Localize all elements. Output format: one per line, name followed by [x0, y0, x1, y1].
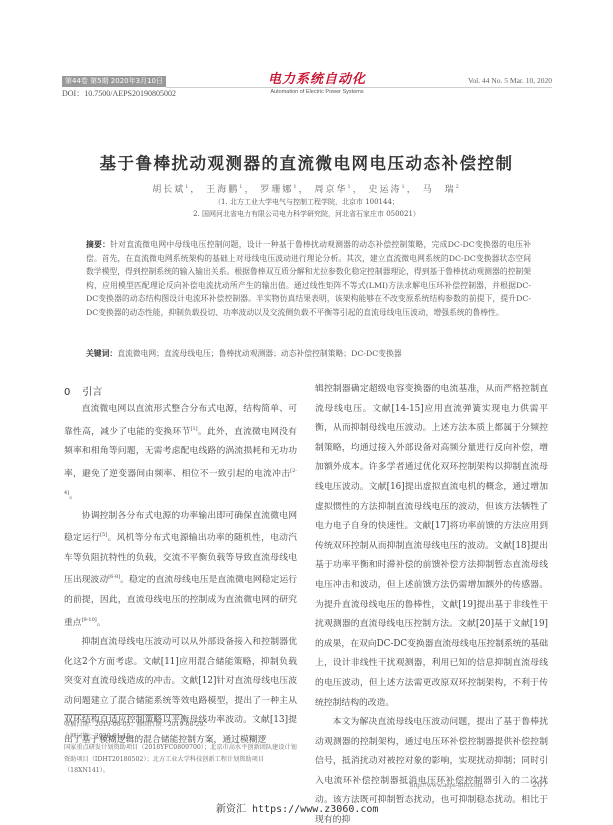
left-column: 直流微电网以直流形式整合分布式电源，结构简单、可靠性高，减少了电能的变换环节[1…: [64, 400, 297, 751]
citation: [1]: [191, 426, 198, 432]
abstract-label: 摘要：: [86, 240, 110, 249]
section-heading: 0引言: [64, 383, 102, 398]
volume-info: Vol. 44 No. 5 Mar. 10, 2020: [468, 76, 552, 85]
keywords-text: 直流微电网；直流母线电压；鲁棒扰动观测器；动态补偿控制策略；DC-DC变换器: [117, 349, 401, 358]
journal-url[interactable]: http://www.aeps-info.com: [410, 781, 483, 789]
affiliation-mark: 1: [402, 184, 407, 190]
paragraph-text: 。: [97, 617, 106, 627]
funding-info: 国家重点研发计划资助项目（2018YFC0809700）；北京市高水平创新团队建…: [64, 742, 297, 777]
citation: [9-10]: [82, 617, 97, 623]
affiliation-mark: 1: [185, 184, 190, 190]
watermark: 新资汇 https://www.z3060.com: [216, 800, 378, 815]
online-date: 上网日期：2020-01-15。: [64, 731, 297, 743]
affiliation-mark: 2: [456, 184, 461, 190]
section-title: 引言: [82, 387, 102, 398]
journal-logo-cn: 电力系统自动化: [262, 72, 372, 87]
doi: DOI：10.7500/AEPS20190805002: [62, 88, 176, 99]
keywords: 关键词：直流微电网；直流母线电压；鲁棒扰动观测器；动态补偿控制策略；DC-DC变…: [86, 348, 531, 359]
paper-title: 基于鲁棒扰动观测器的直流微电网电压动态补偿控制: [0, 150, 613, 174]
footnotes: 收稿日期：2019-08-05；修回日期：2019-08-29。 上网日期：20…: [64, 719, 297, 777]
paragraph: 辑控制器确定超级电容变换器的电流基准，从而严格控制直流母线电压。文献[14-15…: [315, 380, 548, 713]
author: 周京华: [314, 185, 347, 195]
paragraph-text: 。: [69, 491, 78, 501]
keywords-label: 关键词：: [86, 349, 117, 358]
abstract-text: 针对直流微电网中母线电压控制问题，设计一种基于鲁棒扰动观测器的动态补偿控制策略，…: [86, 240, 531, 317]
author: 王海鹏: [206, 185, 239, 195]
affiliation-mark: 1: [347, 184, 352, 190]
page-number: 207: [532, 780, 547, 789]
affiliation-1: （1. 北方工业大学电气与控制工程学院，北京市 100144；: [0, 197, 613, 207]
issue-band: 第44卷 第5期 2020年3月10日: [62, 76, 166, 87]
footnote-divider: [64, 714, 182, 715]
affiliation-2: 2. 国网河北省电力有限公司电力科学研究院，河北省石家庄市 050021）: [0, 209, 613, 219]
journal-name-en: Automation of Electric Power Systems: [262, 89, 372, 95]
citation: [6-8]: [108, 574, 120, 580]
right-column: 辑控制器确定超级电容变换器的电流基准，从而严格控制直流母线电压。文献[14-15…: [315, 380, 548, 825]
paragraph: 直流微电网以直流形式整合分布式电源，结构简单、可靠性高，减少了电能的变换环节[1…: [64, 400, 297, 507]
section-number: 0: [64, 387, 70, 398]
author: 史运涛: [369, 185, 402, 195]
abstract: 摘要：针对直流微电网中母线电压控制问题，设计一种基于鲁棒扰动观测器的动态补偿控制…: [86, 238, 531, 320]
author-list: 胡长斌1， 王海鹏1， 罗珊娜1， 周京华1， 史运涛1， 马 瑞2: [0, 182, 613, 195]
author: 胡长斌: [152, 185, 185, 195]
journal-header: 第44卷 第5期 2020年3月10日 DOI：10.7500/AEPS2019…: [62, 72, 552, 102]
author: 罗珊娜: [260, 185, 293, 195]
affiliation-mark: 1: [239, 184, 244, 190]
author: 马 瑞: [423, 185, 456, 195]
affiliation-mark: 1: [293, 184, 298, 190]
paragraph: 协调控制各分布式电源的功率输出即可确保直流微电网稳定运行[5]。风机等分布式电源…: [64, 507, 297, 633]
header-rule: [166, 87, 552, 88]
received-date: 收稿日期：2019-08-05；修回日期：2019-08-29。: [64, 719, 297, 731]
